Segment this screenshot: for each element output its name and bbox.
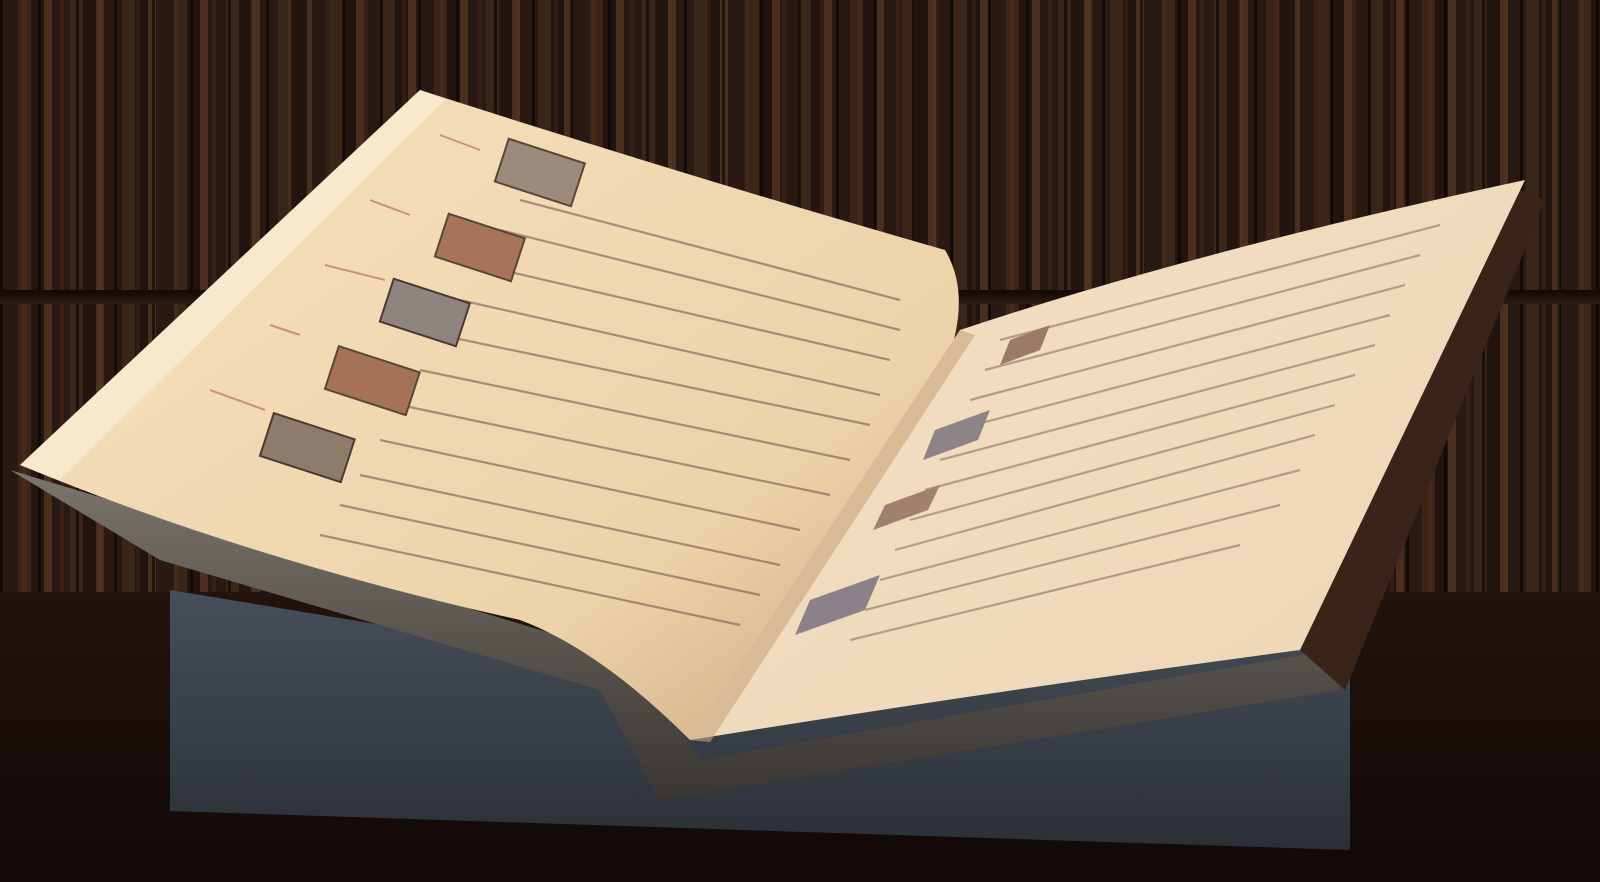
open-manuscript (0, 0, 1600, 882)
photo-scene: Open medieval illuminated manuscript res… (0, 0, 1600, 882)
